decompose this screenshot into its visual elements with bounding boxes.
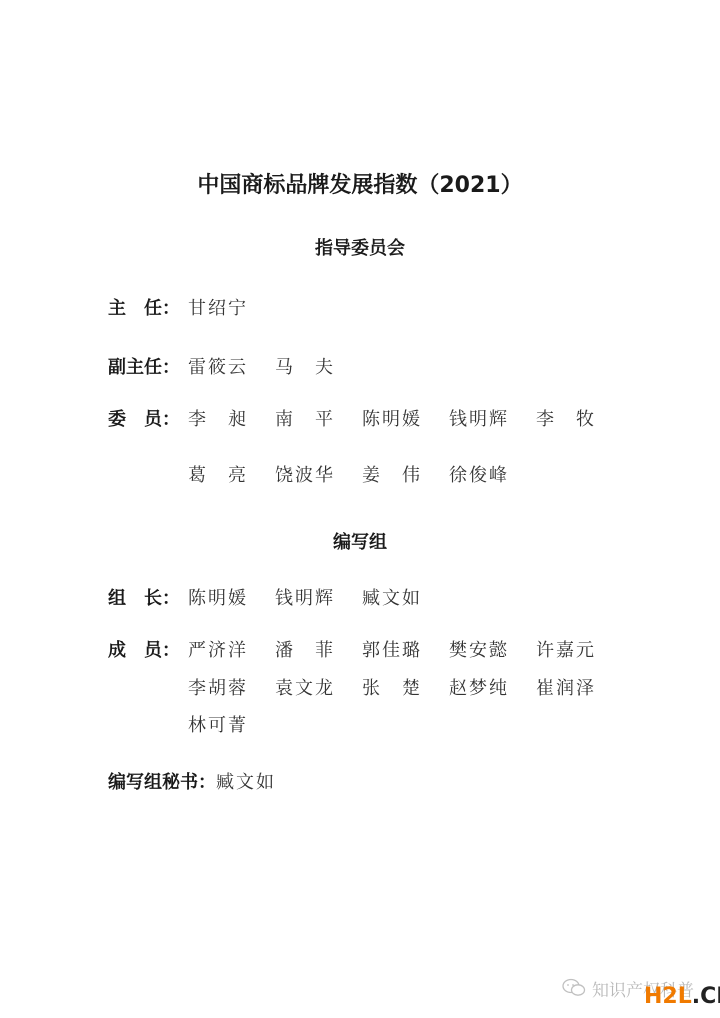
group-member-name: 赵梦纯	[449, 676, 509, 702]
document-title: 中国商标品牌发展指数（2021）	[0, 168, 720, 199]
group-member-name: 崔润泽	[536, 676, 596, 702]
writing-group-heading: 编写组	[0, 528, 720, 554]
watermark: 知识产权科普 H2L.CN	[556, 972, 716, 1008]
group-members-row-2: 李胡蓉 袁文龙 张 楚 赵梦纯 崔润泽	[108, 676, 188, 702]
deputy-name: 马 夫	[275, 355, 335, 381]
wechat-icon	[562, 978, 586, 998]
secretary-label: 编写组秘书：	[108, 770, 216, 796]
secretary-name: 臧文如	[216, 772, 276, 793]
member-name: 姜 伟	[362, 463, 422, 489]
director-row: 主 任： 甘绍宁	[108, 296, 188, 322]
director-label: 主 任：	[108, 296, 188, 322]
group-member-name: 林可菁	[188, 713, 248, 739]
deputy-name: 雷筱云	[188, 355, 248, 381]
group-member-name: 樊安懿	[449, 638, 509, 664]
leader-row: 组 长： 陈明媛 钱明辉 臧文如	[108, 586, 188, 612]
leader-label: 组 长：	[108, 586, 188, 612]
group-member-name: 严济洋	[188, 638, 248, 664]
deputy-director-row: 副主任： 雷筱云 马 夫	[108, 355, 188, 381]
member-name: 李 牧	[536, 407, 596, 433]
leader-name: 钱明辉	[275, 586, 335, 612]
group-member-name: 袁文龙	[275, 676, 335, 702]
member-name: 李 昶	[188, 407, 248, 433]
director-name: 甘绍宁	[188, 296, 248, 322]
committee-members-label: 委 员：	[108, 407, 188, 433]
member-name: 南 平	[275, 407, 335, 433]
group-members-label: 成 员：	[108, 638, 188, 664]
h2l-logo: H2L.CN	[644, 984, 720, 1009]
committee-members-row-2: 葛 亮 饶波华 姜 伟 徐俊峰	[108, 463, 188, 489]
secretary-row: 编写组秘书：臧文如	[108, 770, 276, 796]
member-name: 徐俊峰	[449, 463, 509, 489]
leader-name: 陈明媛	[188, 586, 248, 612]
member-name: 钱明辉	[449, 407, 509, 433]
group-member-name: 李胡蓉	[188, 676, 248, 702]
committee-members-row: 委 员： 李 昶 南 平 陈明媛 钱明辉 李 牧	[108, 407, 188, 433]
deputy-director-label: 副主任：	[108, 355, 188, 381]
leader-name: 臧文如	[362, 586, 422, 612]
member-name: 饶波华	[275, 463, 335, 489]
group-member-name: 张 楚	[362, 676, 422, 702]
group-member-name: 许嘉元	[536, 638, 596, 664]
group-member-name: 潘 菲	[275, 638, 335, 664]
committee-heading: 指导委员会	[0, 234, 720, 260]
group-member-name: 郭佳璐	[362, 638, 422, 664]
group-members-row: 成 员： 严济洋 潘 菲 郭佳璐 樊安懿 许嘉元	[108, 638, 188, 664]
member-name: 陈明媛	[362, 407, 422, 433]
member-name: 葛 亮	[188, 463, 248, 489]
group-members-row-3: 林可菁	[108, 713, 188, 739]
